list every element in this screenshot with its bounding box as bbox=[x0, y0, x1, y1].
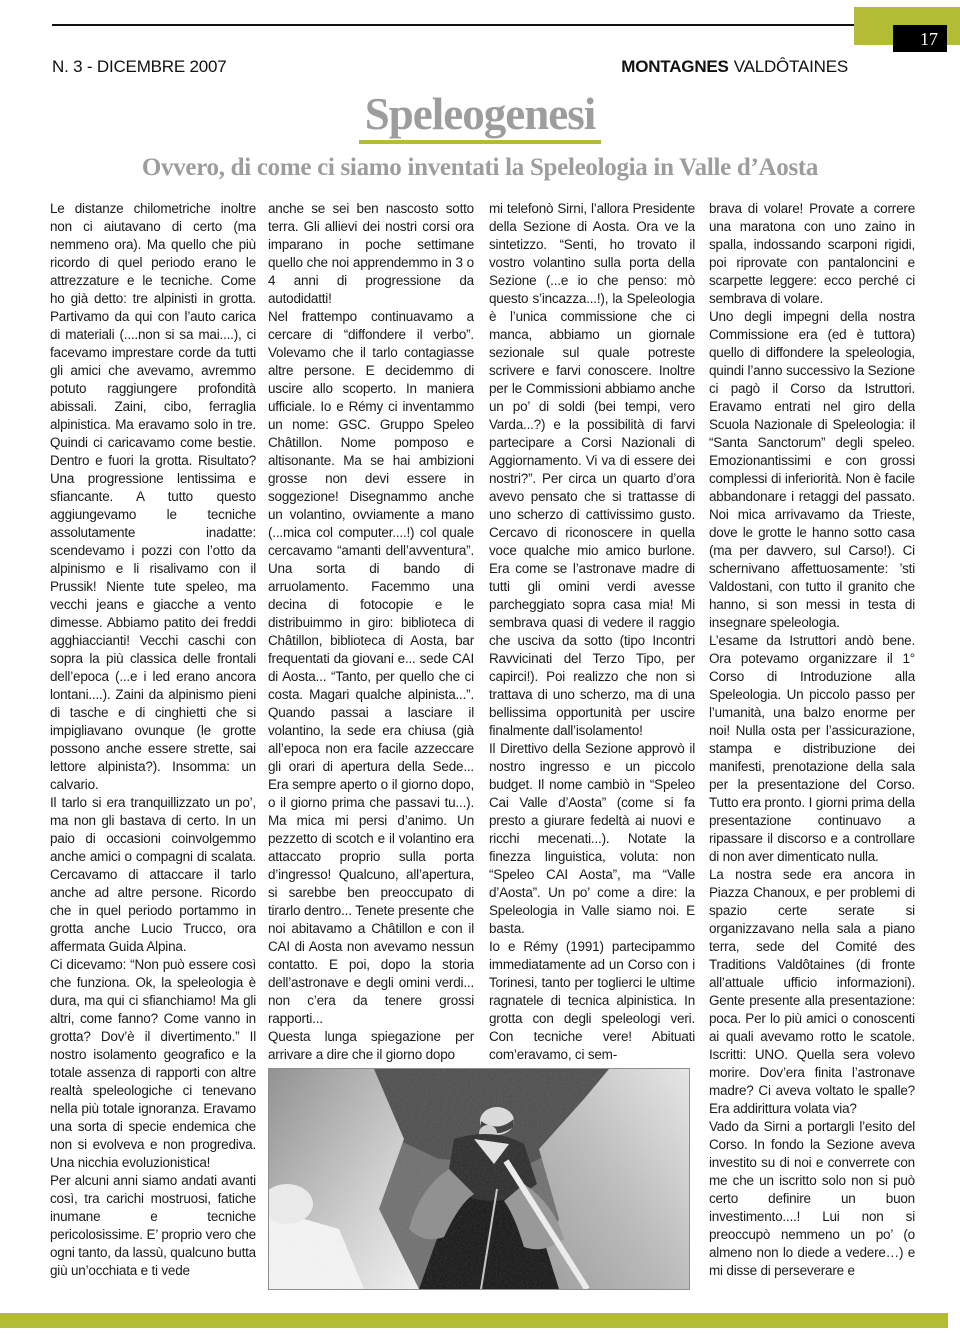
magazine-page: N. 3 - DICEMBRE 2007 MONTAGNESVALDÔTAINE… bbox=[0, 0, 960, 1334]
title-underline bbox=[359, 140, 601, 144]
paragraph: Le distanze chilometriche inoltre non ci… bbox=[50, 200, 256, 794]
magazine-title: MONTAGNESVALDÔTAINES bbox=[621, 57, 848, 77]
paragraph: La nostra sede era ancora in Piazza Chan… bbox=[709, 866, 915, 1118]
article-column-1: Le distanze chilometriche inoltre non ci… bbox=[50, 200, 256, 1308]
paragraph: Vado da Sirni a portargli l’esito del Co… bbox=[709, 1118, 915, 1280]
article-column-2: anche se sei ben nascosto sotto terra. G… bbox=[268, 200, 474, 1064]
bottom-green-bar bbox=[0, 1313, 948, 1328]
magazine-title-bold: MONTAGNES bbox=[621, 57, 728, 76]
article-title: Speleogenesi bbox=[0, 92, 960, 137]
article-column-3: mi telefonò Sirni, l’allora Presidente d… bbox=[489, 200, 695, 1064]
paragraph: brava di volare! Provate a correre una m… bbox=[709, 200, 915, 308]
page-number-box: 17 bbox=[893, 25, 947, 52]
paragraph: L’esame da Istruttori andò bene. Ora pot… bbox=[709, 632, 915, 866]
paragraph: anche se sei ben nascosto sotto terra. G… bbox=[268, 200, 474, 308]
paragraph: Nel frattempo continuavamo a cercare di … bbox=[268, 308, 474, 1028]
paragraph: Ci dicevamo: “Non può essere così che fu… bbox=[50, 956, 256, 1172]
paragraph: Il tarlo si era tranquillizzato un po’, … bbox=[50, 794, 256, 956]
issue-date: N. 3 - DICEMBRE 2007 bbox=[52, 57, 227, 77]
paragraph: Uno degli impegni della nostra Commissio… bbox=[709, 308, 915, 632]
paragraph: Per alcuni anni siamo andati avanti così… bbox=[50, 1172, 256, 1280]
article-subtitle: Ovvero, di come ci siamo inventati la Sp… bbox=[0, 154, 960, 182]
paragraph: Io e Rémy (1991) partecipammo immediatam… bbox=[489, 938, 695, 1064]
paragraph: mi telefonò Sirni, l’allora Presidente d… bbox=[489, 200, 695, 740]
page-number: 17 bbox=[920, 30, 938, 48]
paragraph: Il Direttivo della Sezione approvò il no… bbox=[489, 740, 695, 938]
paragraph: Questa lunga spiegazione per arrivare a … bbox=[268, 1028, 474, 1064]
photo-grain-texture bbox=[269, 1069, 689, 1289]
cave-photo bbox=[268, 1068, 690, 1290]
cave-photo-illustration bbox=[269, 1069, 689, 1289]
title-block: Speleogenesi Ovvero, di come ci siamo in… bbox=[0, 92, 960, 182]
magazine-title-regular: VALDÔTAINES bbox=[734, 57, 848, 76]
article-column-4: brava di volare! Provate a correre una m… bbox=[709, 200, 915, 1308]
masthead-rule bbox=[52, 24, 854, 26]
